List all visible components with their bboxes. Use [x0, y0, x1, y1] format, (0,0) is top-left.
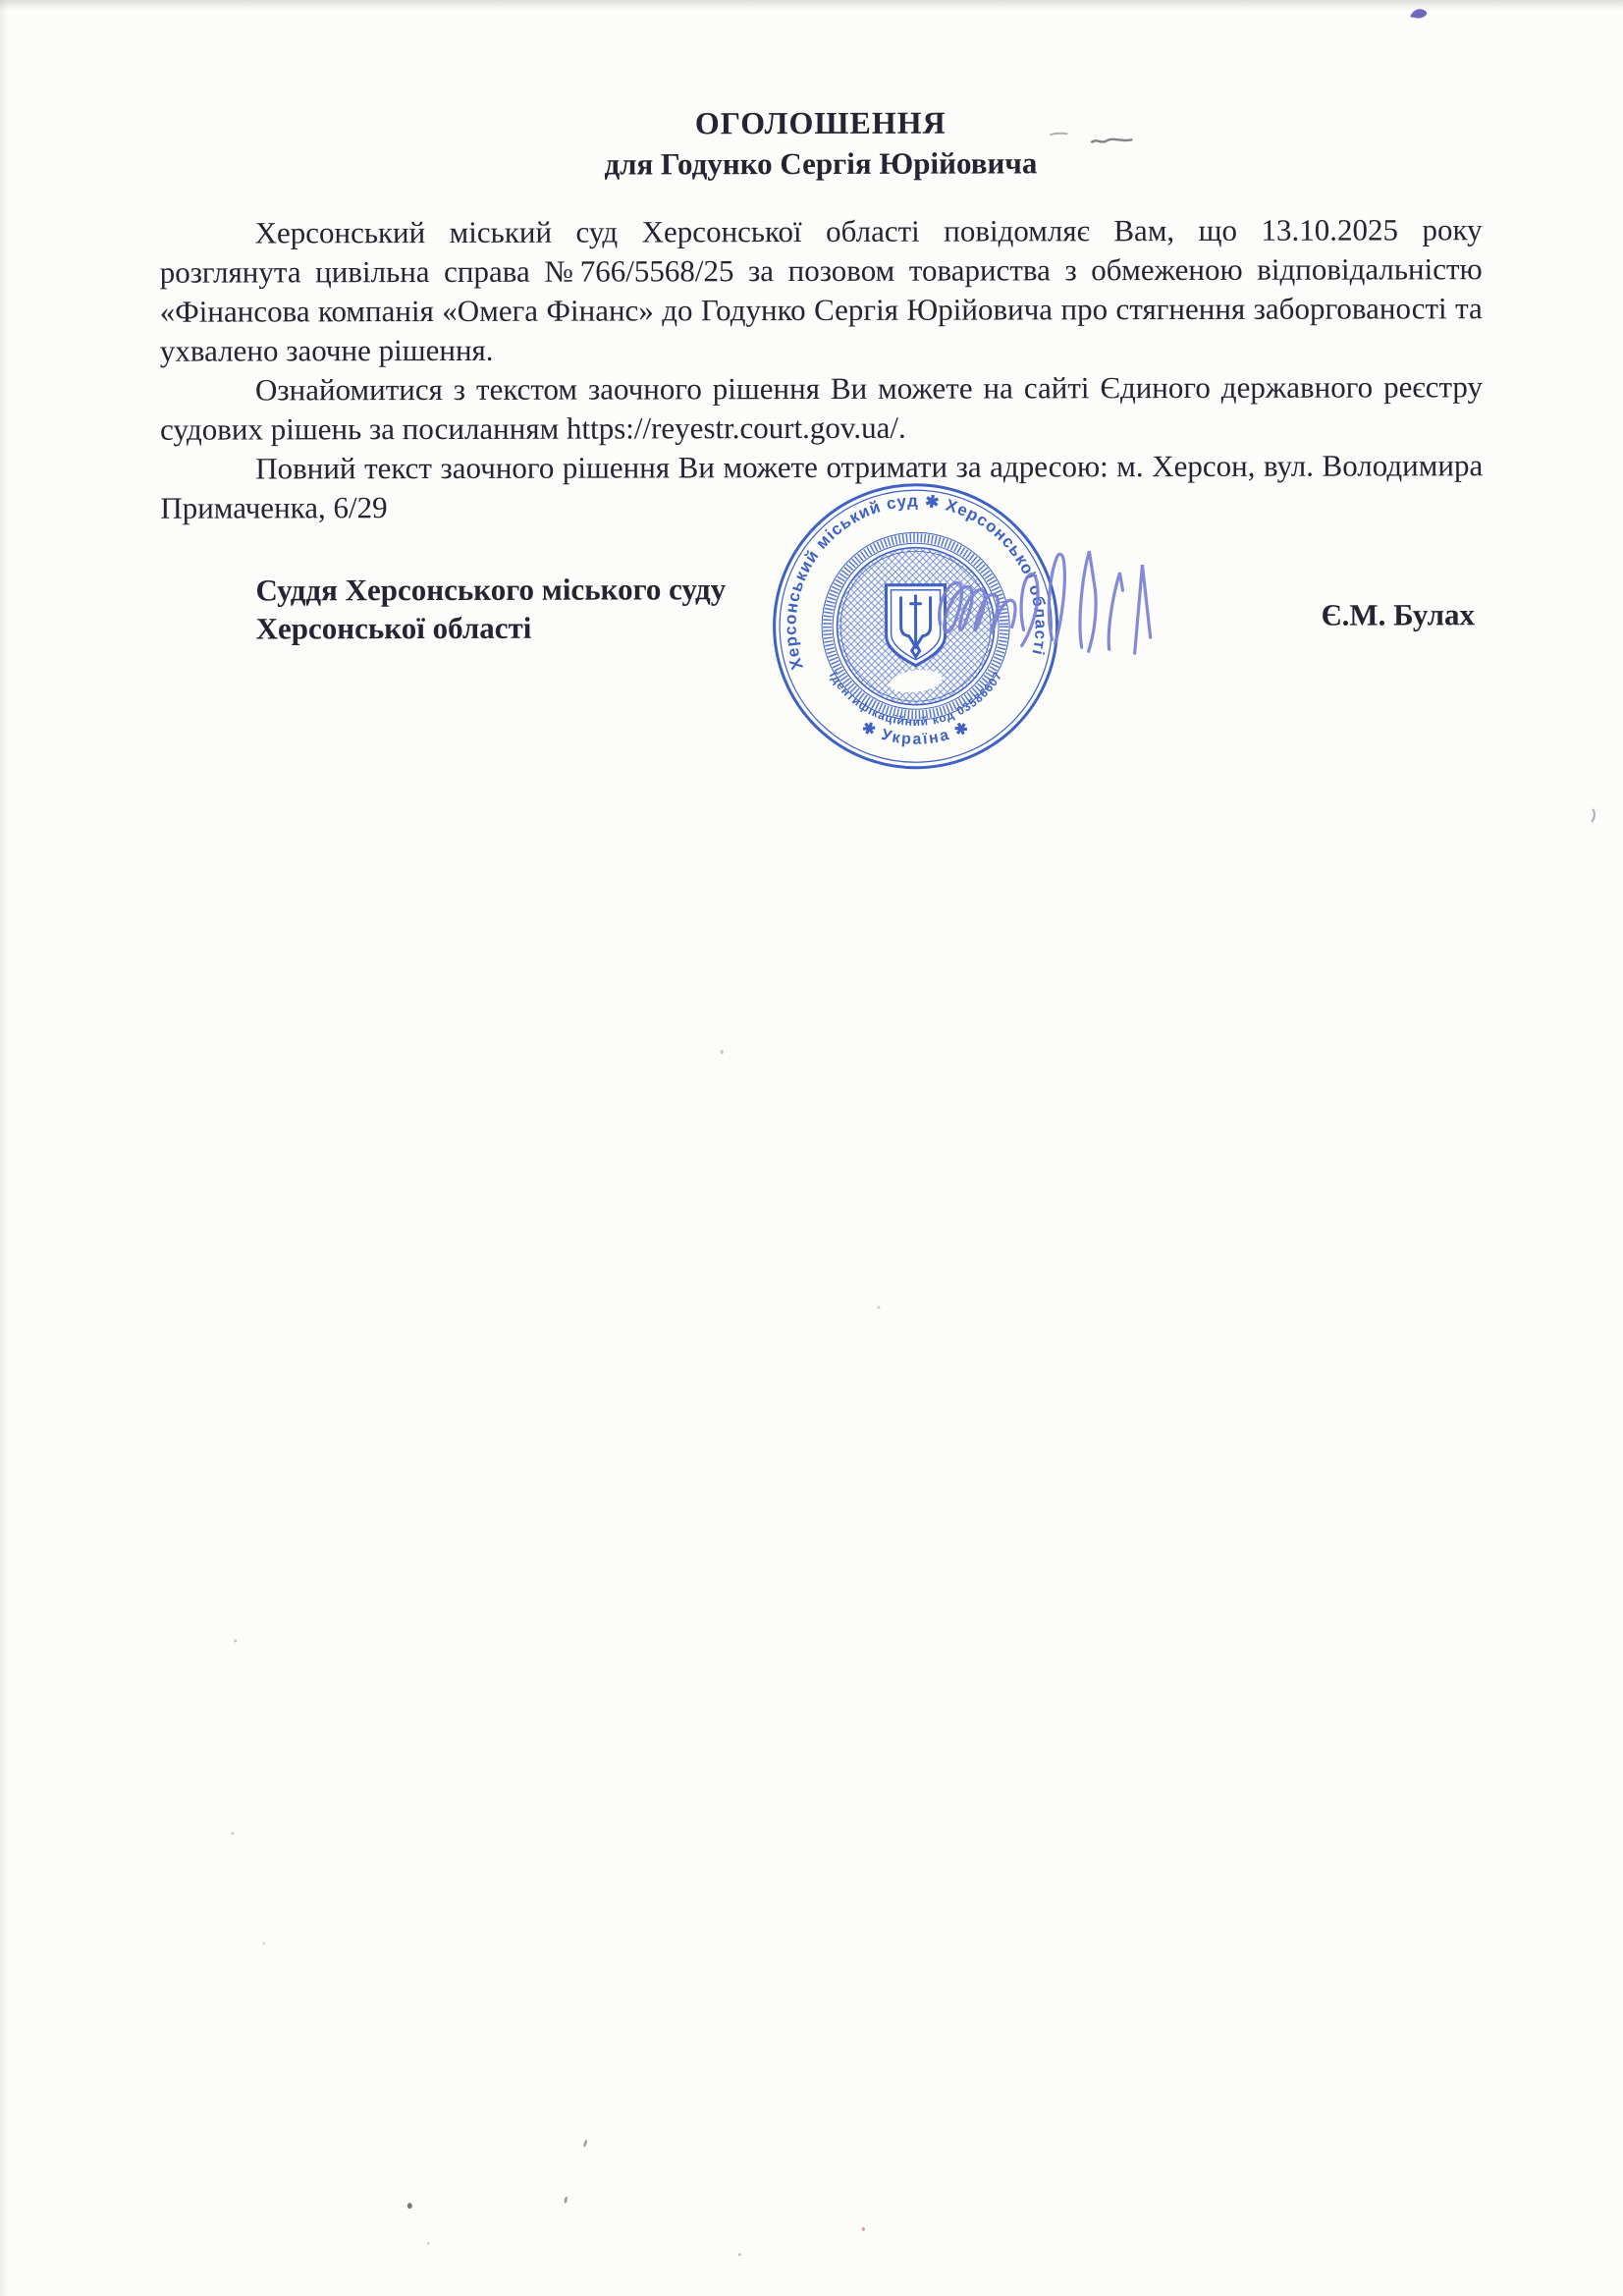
scan-speck	[877, 1306, 880, 1309]
scan-speck	[427, 2242, 430, 2245]
ink-blot-artifact	[1407, 4, 1433, 24]
signature-icon	[926, 537, 1158, 676]
document-title-block: ОГОЛОШЕННЯ для Годунко Сергія Юрійовича	[159, 100, 1482, 187]
judge-role-line1: Суддя Херсонського міського суду	[255, 570, 726, 609]
scan-speck	[862, 2227, 865, 2231]
scan-speck	[582, 2139, 588, 2148]
judge-role-block: Суддя Херсонського міського суду Херсонс…	[255, 570, 726, 647]
body-paragraph: Херсонський міський суд Херсонської обла…	[160, 210, 1483, 371]
scan-speck	[564, 2196, 568, 2203]
document-content: ОГОЛОШЕННЯ для Годунко Сергія Юрійовича …	[0, 0, 1623, 2296]
document-subtitle: для Годунко Сергія Юрійовича	[159, 141, 1482, 187]
scan-speck	[231, 1832, 235, 1835]
handwritten-signature	[926, 537, 1158, 676]
document-title: ОГОЛОШЕННЯ	[159, 100, 1482, 145]
judge-name: Є.М. Булах	[1322, 597, 1475, 632]
scan-speck	[721, 1050, 724, 1054]
judge-role-line2: Херсонської області	[256, 608, 727, 647]
body-paragraph: Ознайомитися з текстом заочного рішення …	[160, 367, 1483, 450]
pen-tick-artifact	[1590, 807, 1601, 825]
scan-speck	[234, 1640, 237, 1643]
pencil-mark-artifact	[1040, 123, 1142, 156]
scan-speck	[407, 2203, 412, 2209]
scan-speck	[262, 1941, 265, 1944]
scan-speck	[738, 2253, 741, 2256]
scanned-court-document-page: ОГОЛОШЕННЯ для Годунко Сергія Юрійовича …	[0, 0, 1623, 2296]
